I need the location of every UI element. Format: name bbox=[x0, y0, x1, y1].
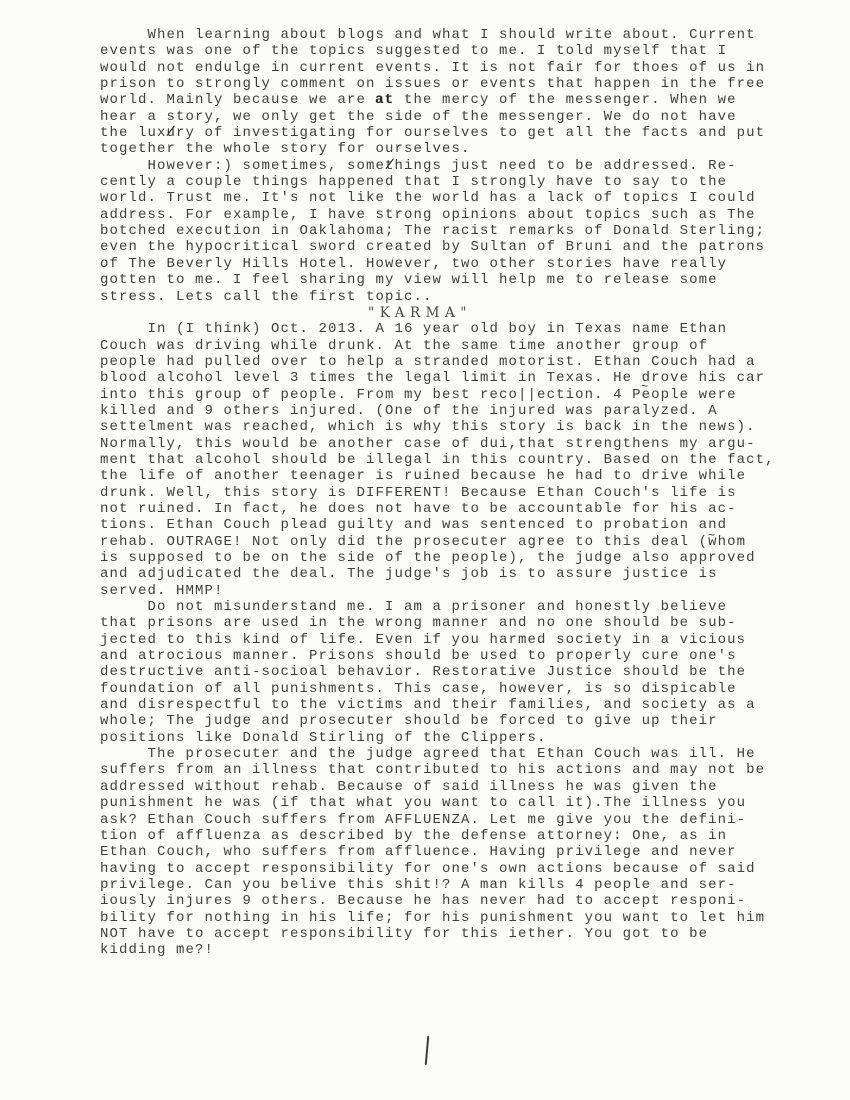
paragraph-ethan-couch-story: In (I think) Oct. 2013. A 16 year old bo… bbox=[100, 321, 790, 599]
scanned-typewritten-page: When learning about blogs and what I sho… bbox=[0, 0, 850, 1100]
paragraph-affluenza: The prosecuter and the judge agreed that… bbox=[100, 746, 790, 958]
paragraph-prisons-opinion: Do not misunderstand me. I am a prisoner… bbox=[100, 599, 790, 746]
karma-heading: "KARMA" bbox=[100, 305, 740, 321]
paragraph-blog-intro: When learning about blogs and what I sho… bbox=[100, 27, 790, 158]
paragraph-however-topics: However:) sometimes, somethings just nee… bbox=[100, 158, 790, 305]
pen-stroke-mark bbox=[425, 1036, 430, 1065]
typed-text-block: When learning about blogs and what I sho… bbox=[100, 27, 790, 959]
